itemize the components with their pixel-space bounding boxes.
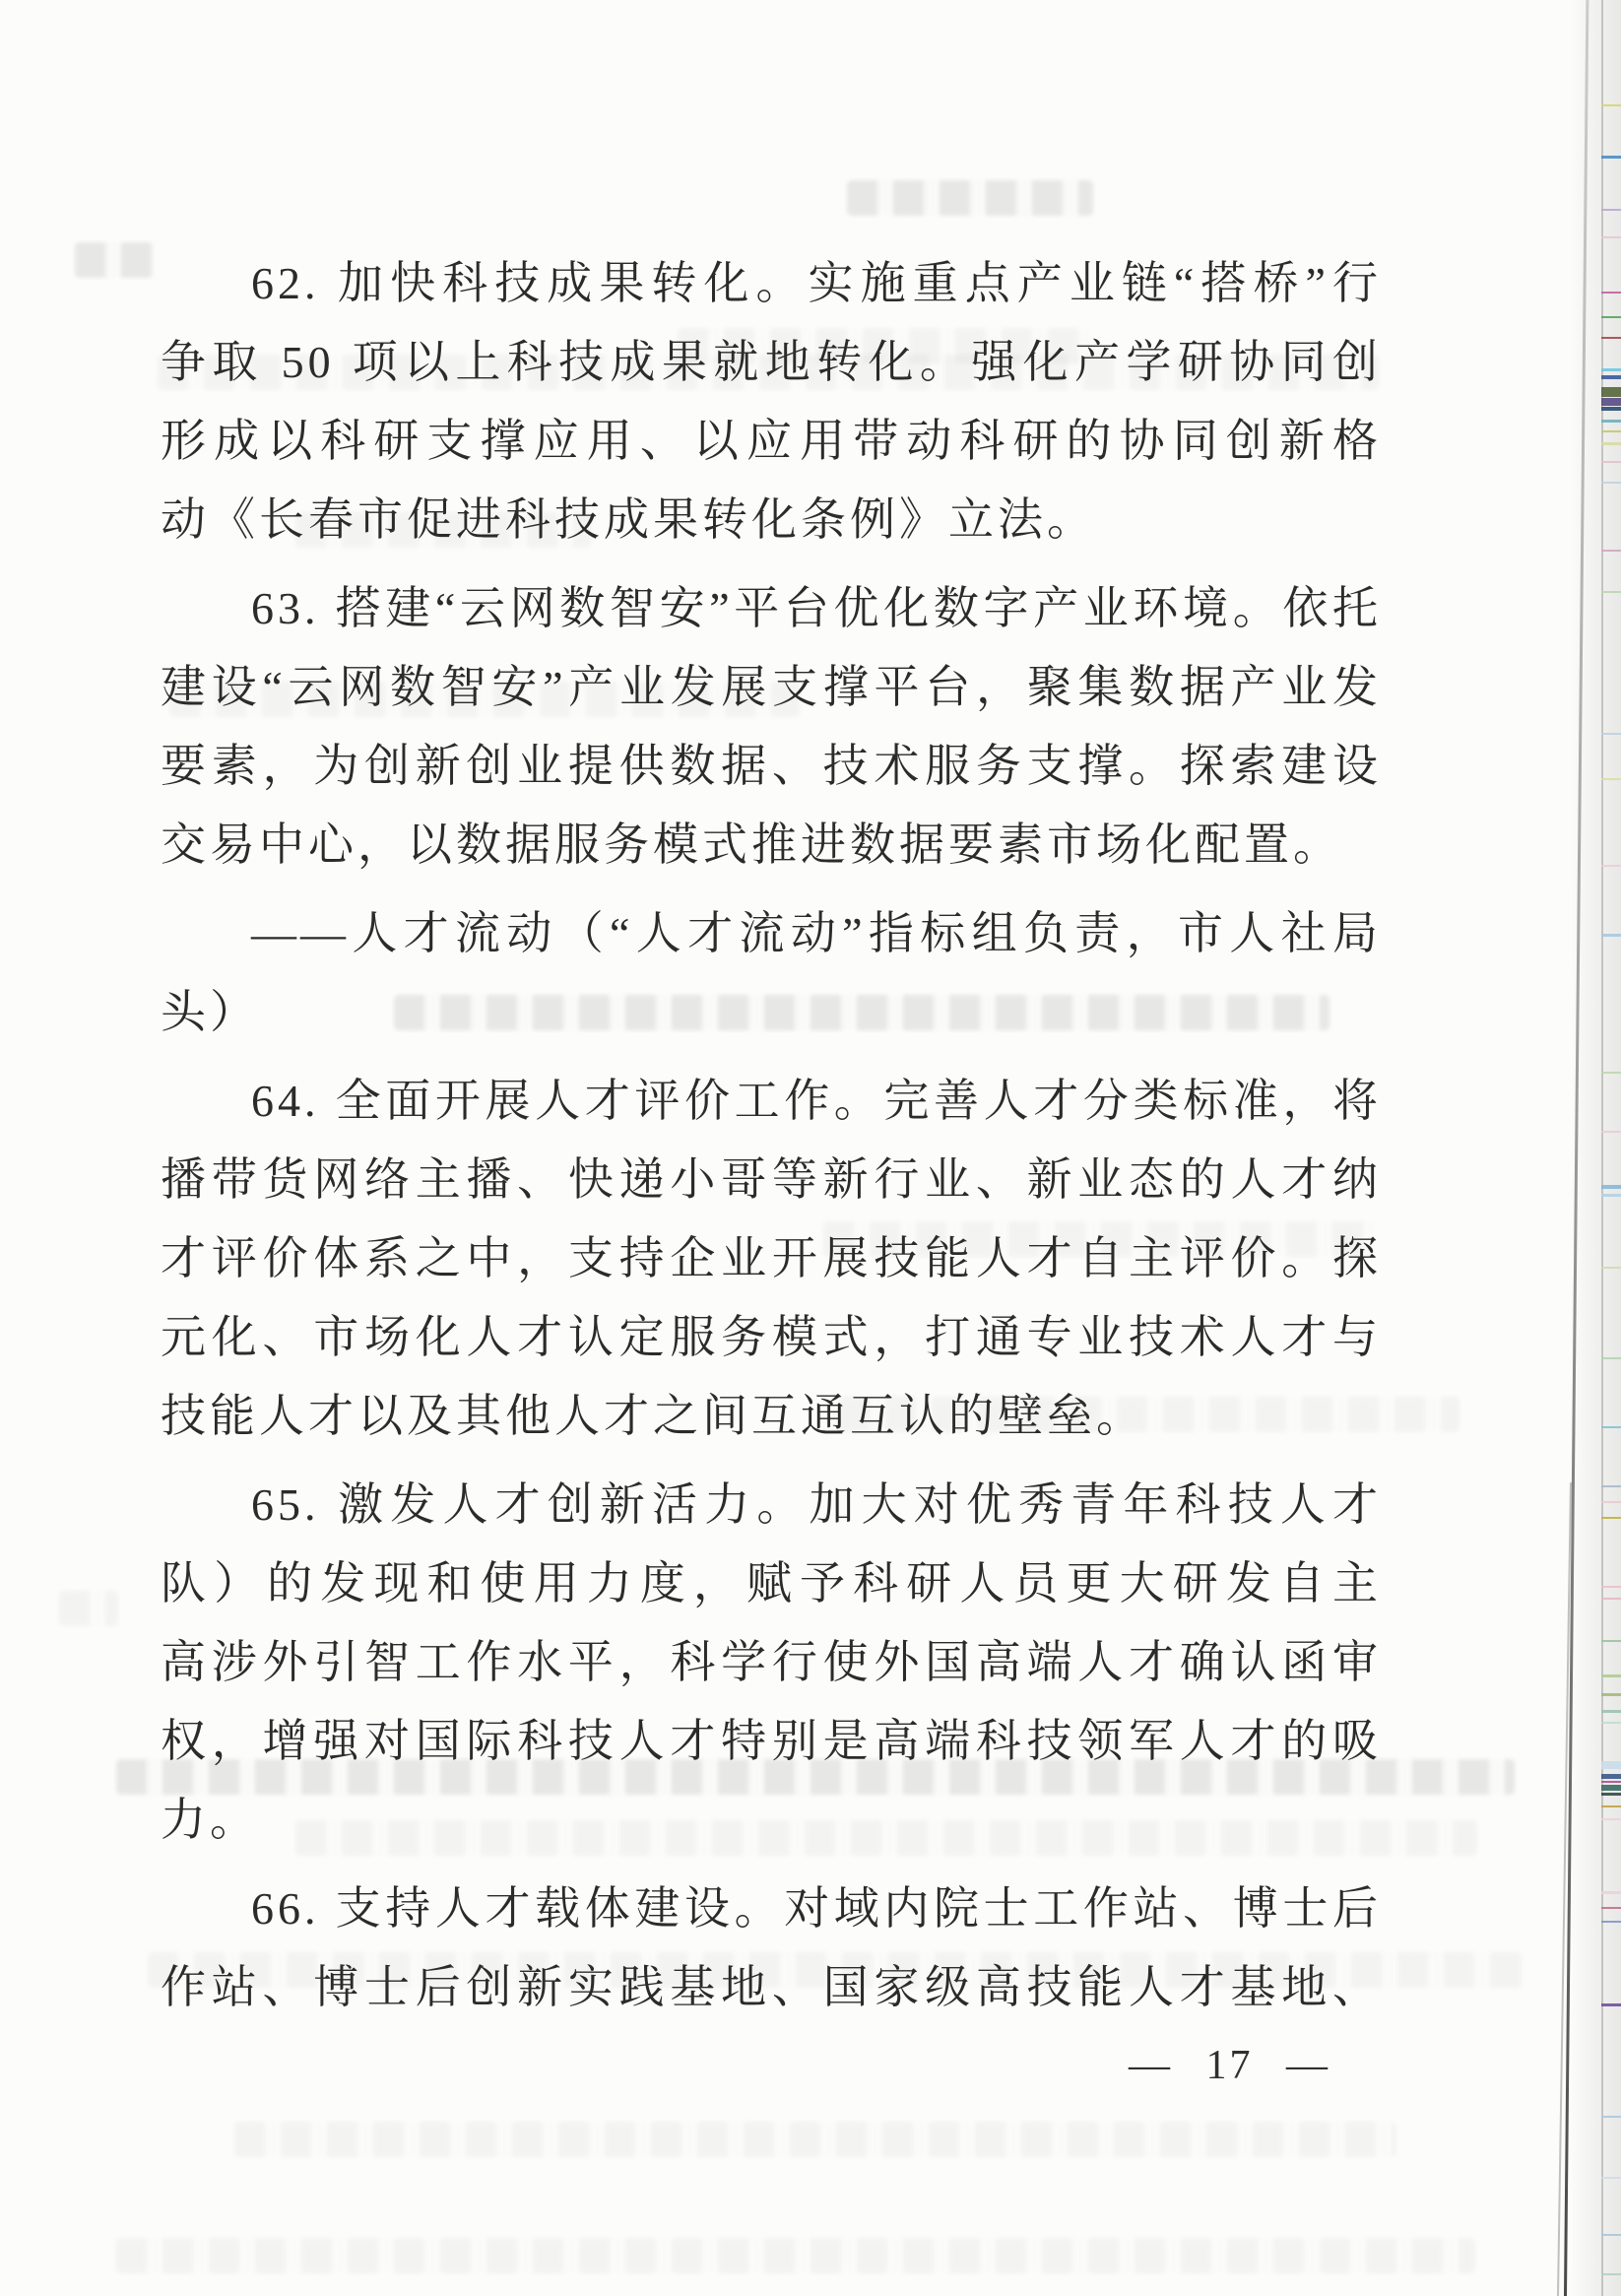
scanner-noise-line (1601, 1485, 1621, 1487)
scanner-noise-line (1601, 1722, 1621, 1724)
scanner-noise-line (1601, 1785, 1621, 1791)
scanner-noise-line (1601, 430, 1621, 432)
scanner-noise-line (1601, 1267, 1621, 1269)
scanner-noise-line (1601, 209, 1621, 211)
scanner-noise-line (1601, 1891, 1621, 1894)
scanner-noise-line (1601, 1598, 1621, 1600)
bleed-through-artifact (75, 242, 154, 278)
scanner-noise-line (1601, 733, 1621, 735)
scanner-noise-line (1601, 1357, 1621, 1359)
scanner-noise-line (1601, 104, 1621, 106)
scanner-noise-line (1601, 1781, 1621, 1783)
scanner-noise-line (1601, 1501, 1621, 1503)
text-line: 63. 搭建“云网数智安”平台优化数字产业环境。依托 (161, 569, 1382, 648)
bleed-through-artifact (234, 2122, 1396, 2157)
scanner-noise-line (1601, 1818, 1621, 1820)
scanner-noise-line (1601, 778, 1621, 780)
scanner-noise-line (1601, 1761, 1621, 1769)
paragraph-62: 62. 加快科技成果转化。实施重点产业链“搭桥”行动，争取 50 项以上科技成果… (161, 244, 1382, 559)
scanner-noise-line (1601, 1693, 1621, 1696)
scanner-noise-line (1601, 1072, 1621, 1074)
scanner-noise-line (1601, 316, 1621, 318)
scanner-noise-line (1601, 1674, 1621, 1677)
paragraph-63: 63. 搭建“云网数智安”平台优化数字产业环境。依托建设“云网数智安”产业发展支… (161, 569, 1382, 885)
scanner-noise-line (1601, 337, 1621, 339)
scanner-noise-line (1601, 1793, 1621, 1796)
scanner-noise-line (1601, 461, 1621, 463)
scanner-noise-line (1601, 1640, 1621, 1642)
scanner-noise-line (1601, 591, 1621, 593)
scanner-noise-line (1601, 292, 1621, 294)
scanner-noise-line (1601, 1517, 1621, 1519)
scanner-noise-line (1601, 1426, 1621, 1428)
scanner-noise-line (1601, 865, 1621, 867)
paragraph-66: 66. 支持人才载体建设。对域内院士工作站、博士后工作站、博士后创新实践基地、国… (161, 1870, 1382, 2027)
text-line: 争取 50 项以上科技成果就地转化。强化产学研协同创新， (161, 323, 1382, 402)
document-body: 62. 加快科技成果转化。实施重点产业链“搭桥”行动，争取 50 项以上科技成果… (161, 244, 1382, 2037)
text-line: 才评价体系之中，支持企业开展技能人才自主评价。探索多 (161, 1219, 1382, 1298)
text-line: 动《长春市促进科技成果转化条例》立法。 (161, 481, 1382, 559)
text-line: 66. 支持人才载体建设。对域内院士工作站、博士后工 (161, 1870, 1382, 1948)
text-line: 播带货网络主播、快递小哥等新行业、新业态的人才纳入人 (161, 1141, 1382, 1219)
text-line: 作站、博士后创新实践基地、国家级高技能人才基地、大师 (161, 1948, 1382, 2027)
scanner-noise-line (1601, 2003, 1621, 2006)
bleed-through-artifact (847, 180, 1093, 216)
paragraph-64: 64. 全面开展人才评价工作。完善人才分类标准，将直播带货网络主播、快递小哥等新… (161, 1062, 1382, 1456)
scanner-noise-line (1601, 1774, 1621, 1779)
scanner-noise-line (1601, 2116, 1621, 2118)
text-line: 权，增强对国际科技人才特别是高端科技领军人才的吸引 (161, 1702, 1382, 1781)
scanner-noise-line (1601, 442, 1621, 445)
scanner-noise-line (1601, 236, 1621, 238)
text-line: 元化、市场化人才认定服务模式，打通专业技术人才与职业 (161, 1298, 1382, 1377)
scanner-noise-line (1601, 398, 1621, 406)
scanner-noise-line (1601, 2234, 1621, 2236)
scanner-noise-line (1601, 387, 1621, 397)
text-line: 建设“云网数智安”产业发展支撑平台，聚集数据产业发展 (161, 648, 1382, 727)
scanner-noise-line (1601, 1194, 1621, 1197)
scanner-noise-line (1601, 550, 1621, 552)
scanner-noise-line (1601, 1805, 1621, 1807)
text-line: 要素，为创新创业提供数据、技术服务支撑。探索建设数据 (161, 727, 1382, 806)
scanner-noise-line (1601, 934, 1621, 937)
text-line: 形成以科研支撑应用、以应用带动科研的协同创新格局。推 (161, 402, 1382, 481)
scanner-noise-line (1601, 482, 1621, 484)
scanner-noise-strip (1601, 0, 1621, 2296)
text-line: 队）的发现和使用力度，赋予科研人员更大研发自主权。提 (161, 1544, 1382, 1623)
scanner-noise-line (1601, 375, 1621, 379)
text-line: ——人才流动（“人才流动”指标组负责，市人社局牵 (161, 894, 1382, 973)
scanned-document-page: 62. 加快科技成果转化。实施重点产业链“搭桥”行动，争取 50 项以上科技成果… (0, 0, 1621, 2296)
scanner-noise-line (1601, 1586, 1621, 1588)
scanner-noise-line (1601, 368, 1621, 371)
text-line: 高涉外引智工作水平，科学行使外国高端人才确认函审发 (161, 1623, 1382, 1702)
paragraph-65: 65. 激发人才创新活力。加大对优秀青年科技人才（团队）的发现和使用力度，赋予科… (161, 1466, 1382, 1860)
scanner-noise-line (1601, 1921, 1621, 1923)
text-line: 65. 激发人才创新活力。加大对优秀青年科技人才（团 (161, 1466, 1382, 1544)
scanner-noise-line (1601, 156, 1621, 159)
text-line: 技能人才以及其他人才之间互通互认的壁垒。 (161, 1377, 1382, 1456)
scanner-noise-line (1601, 1131, 1621, 1133)
scanner-noise-line (1601, 1907, 1621, 1909)
page-number: — 17 — (1129, 2041, 1330, 2090)
text-line: 交易中心，以数据服务模式推进数据要素市场化配置。 (161, 806, 1382, 885)
bleed-through-artifact (116, 2238, 1475, 2273)
scanner-noise-line (1601, 2273, 1621, 2275)
paragraph-talent-flow-heading: ——人才流动（“人才流动”指标组负责，市人社局牵头） (161, 894, 1382, 1052)
text-line: 头） (161, 973, 1382, 1052)
scanner-noise-line (1601, 420, 1621, 423)
text-line: 力。 (161, 1781, 1382, 1860)
scanner-noise-line (1601, 407, 1621, 411)
scanner-noise-line (1601, 1185, 1621, 1189)
text-line: 64. 全面开展人才评价工作。完善人才分类标准，将直 (161, 1062, 1382, 1141)
text-line: 62. 加快科技成果转化。实施重点产业链“搭桥”行动， (161, 244, 1382, 323)
bleed-through-artifact (59, 1591, 118, 1626)
scanner-noise-line (1601, 2177, 1621, 2179)
scanner-noise-line (1601, 1710, 1621, 1713)
